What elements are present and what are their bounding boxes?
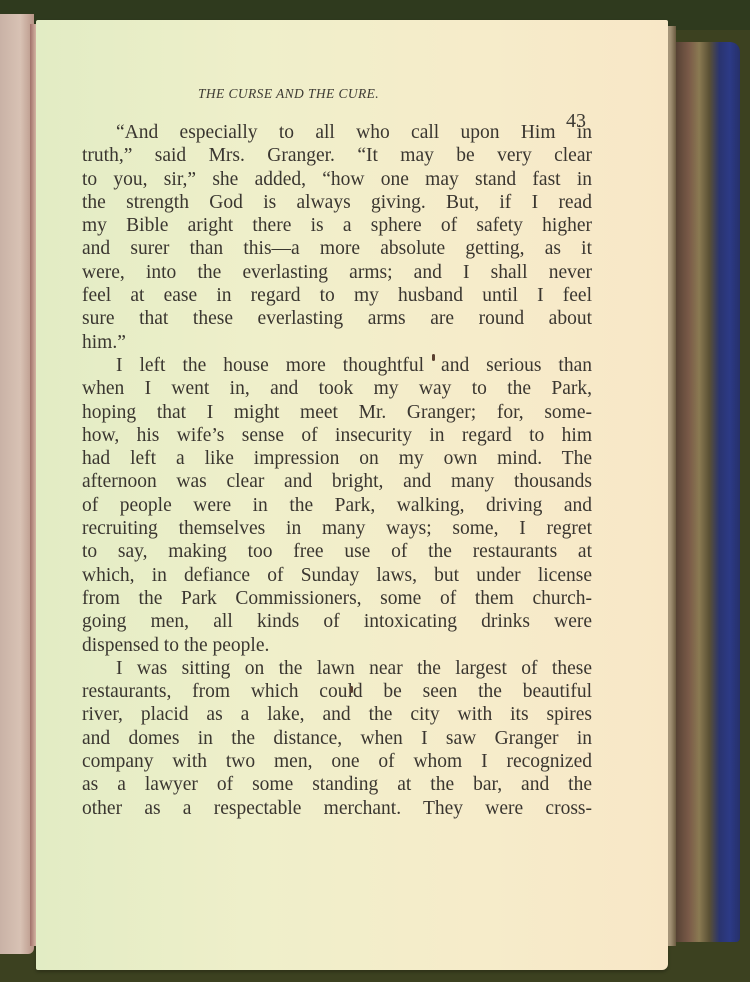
text-line: company with two men, one of whom I reco…: [82, 750, 592, 773]
text-line: truth,” said Mrs. Granger. “It may be ve…: [82, 144, 592, 167]
text-line: the strength God is always giving. But, …: [82, 191, 592, 214]
text-line: “And especially to all who call upon Him…: [82, 121, 592, 144]
text-line: I left the house more thoughtful and ser…: [82, 354, 592, 377]
text-line: I was sitting on the lawn near the large…: [82, 657, 592, 680]
text-line: restaurants, from which could be seen th…: [82, 680, 592, 703]
paper-blemish: [432, 354, 435, 361]
text-line: to you, sir,” she added, “how one may st…: [82, 168, 592, 191]
text-line: had left a like impression on my own min…: [82, 447, 592, 470]
book-page: THE CURSE AND THE CURE. 43 “And especial…: [36, 20, 668, 970]
text-line: to say, making too free use of the resta…: [82, 540, 592, 563]
text-line: other as a respectable merchant. They we…: [82, 797, 592, 820]
text-line: going men, all kinds of intoxicating dri…: [82, 610, 592, 633]
text-line: from the Park Commissioners, some of the…: [82, 587, 592, 610]
text-line: as a lawyer of some standing at the bar,…: [82, 773, 592, 796]
text-line: my Bible aright there is a sphere of saf…: [82, 214, 592, 237]
running-head: THE CURSE AND THE CURE.: [198, 86, 379, 102]
paragraph: I left the house more thoughtful and ser…: [82, 354, 592, 657]
text-line: of people were in the Park, walking, dri…: [82, 494, 592, 517]
text-line: him.”: [82, 331, 592, 354]
text-line: afternoon was clear and bright, and many…: [82, 470, 592, 493]
text-line: hoping that I might meet Mr. Granger; fo…: [82, 401, 592, 424]
text-line: recruiting themselves in many ways; some…: [82, 517, 592, 540]
paragraph: I was sitting on the lawn near the large…: [82, 657, 592, 820]
text-line: feel at ease in regard to my husband unt…: [82, 284, 592, 307]
book-cover-back: [672, 42, 740, 942]
paper-blemish: [350, 686, 353, 693]
text-line: river, placid as a lake, and the city wi…: [82, 703, 592, 726]
paragraph: “And especially to all who call upon Him…: [82, 121, 592, 354]
text-line: and surer than this—a more absolute gett…: [82, 237, 592, 260]
text-line: sure that these everlasting arms are rou…: [82, 307, 592, 330]
text-line: which, in defiance of Sunday laws, but u…: [82, 564, 592, 587]
facing-page-edge: [0, 14, 34, 954]
text-line: when I went in, and took my way to the P…: [82, 377, 592, 400]
text-line: were, into the everlasting arms; and I s…: [82, 261, 592, 284]
text-line: dispensed to the people.: [82, 634, 592, 657]
body-text: “And especially to all who call upon Him…: [82, 121, 592, 820]
text-line: and domes in the distance, when I saw Gr…: [82, 727, 592, 750]
text-line: how, his wife’s sense of insecurity in r…: [82, 424, 592, 447]
page-gutter: [30, 24, 36, 946]
